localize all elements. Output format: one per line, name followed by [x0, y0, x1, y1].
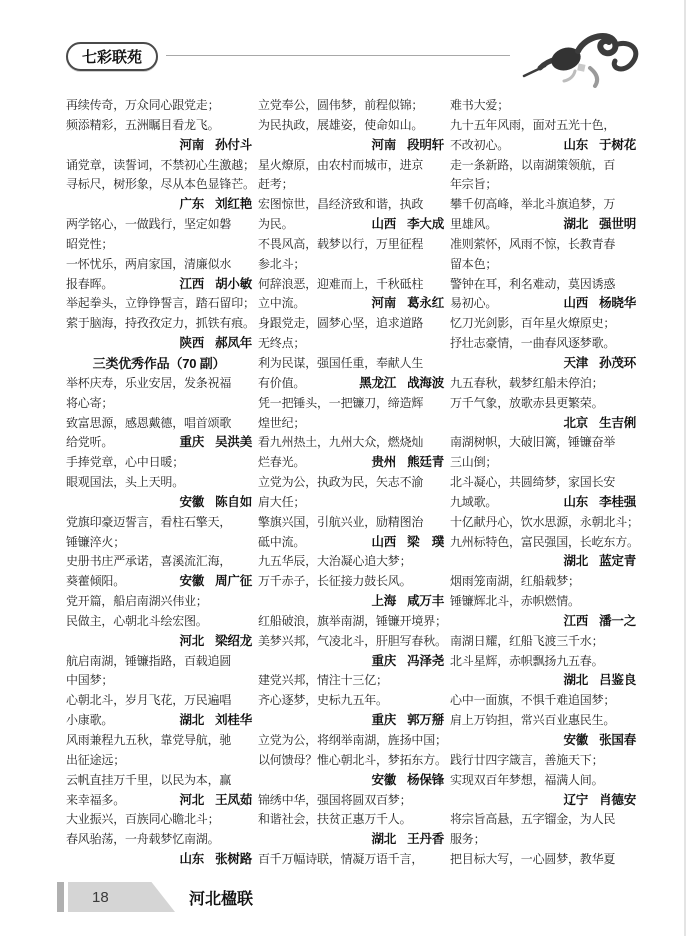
attribution-place: 河北: [179, 793, 204, 807]
attribution-name: 生吉俐: [599, 416, 636, 430]
couplet-line: 春风骀荡，一舟载梦忆南湖。: [66, 830, 252, 850]
couplet-line: 锤镰辉北斗，赤帜燃情。: [450, 592, 636, 612]
couplet-line: 九十五年风雨，面对五光十色，: [450, 116, 636, 136]
attribution: 安徽陈自如: [179, 495, 252, 509]
attribution-place: 江西: [179, 277, 204, 291]
page-number-badge: 18: [68, 882, 175, 912]
couplet-text: 为民。: [258, 215, 293, 235]
couplet-line: 为民执政，展雄姿，使命如山。: [258, 116, 444, 136]
couplet-line: 抒壮志豪情，一曲春风逐梦歌。: [450, 334, 636, 354]
attribution-place: 河南: [179, 138, 204, 152]
couplet-line: 攀千仞高峰，举北斗旗追梦，万: [450, 195, 636, 215]
attribution-name: 李桂强: [599, 495, 636, 509]
attribution-place: 湖北: [563, 554, 588, 568]
couplet-line-with-attribution: 来幸福多。河北王凤茹: [66, 791, 252, 811]
couplet-line: 凭一把锤头，一把镰刀，缔造辉: [258, 394, 444, 414]
couplet-line-with-attribution: 烂春光。贵州熊廷青: [258, 453, 444, 473]
attribution-name: 李大成: [407, 217, 444, 231]
attribution: 北京生吉俐: [563, 416, 636, 430]
attribution: 安徽张国春: [563, 733, 636, 747]
attribution-line: 安徽陈自如: [66, 493, 252, 513]
attribution-place: 山西: [563, 296, 588, 310]
attribution-line: 安徽杨保锋: [258, 771, 444, 791]
attribution-place: 山西: [371, 217, 396, 231]
couplet-line: 南湖树帜，大破旧篱，锤镰奋举: [450, 433, 636, 453]
page-edge-line: [684, 0, 686, 936]
attribution-place: 湖北: [371, 832, 396, 846]
attribution-place: 上海: [371, 594, 396, 608]
footer-edge-bar: [57, 882, 64, 912]
attribution-place: 辽宁: [563, 793, 588, 807]
attribution: 河南段明轩: [371, 138, 444, 152]
couplet-line: 利为民谋，强国任重，奉献人生: [258, 354, 444, 374]
attribution: 广东刘红艳: [179, 197, 252, 211]
attribution: 山西梁 璞: [371, 533, 444, 553]
couplet-line: 践行廿四字箴言，善施天下；: [450, 751, 636, 771]
attribution: 山西杨晓华: [563, 294, 636, 314]
attribution: 江西潘一之: [563, 614, 636, 628]
couplet-line: 中国梦；: [66, 671, 252, 691]
couplet-line: 举杯庆寿，乐业安居，发条祝福: [66, 374, 252, 394]
attribution-place: 山东: [563, 138, 588, 152]
attribution-place: 河南: [371, 138, 396, 152]
couplet-line: 立党奉公，圆伟梦，前程似锦；: [258, 96, 444, 116]
attribution: 山东张树路: [179, 852, 252, 866]
attribution-line: 河南段明轩: [258, 136, 444, 156]
couplet-text: 给党听。: [66, 433, 113, 453]
couplet-line: 将宗旨高悬，五字镏金，为人民: [450, 810, 636, 830]
attribution-place: 安徽: [563, 733, 588, 747]
couplet-line: 三山倒；: [450, 453, 636, 473]
attribution-name: 肖德安: [599, 793, 636, 807]
couplet-line: 九五华辰，大治凝心追大梦；: [258, 552, 444, 572]
journal-title: 河北楹联: [189, 886, 253, 909]
couplet-line: 民做主，心朝北斗绘宏图。: [66, 612, 252, 632]
attribution-place: 天津: [563, 356, 588, 370]
couplet-line: 频添精彩，五洲瞩目看龙飞。: [66, 116, 252, 136]
attribution-line: 河北梁绍龙: [66, 632, 252, 652]
couplet-line: 九州标特色，富民强国，长屹东方。: [450, 533, 636, 553]
attribution-place: 广东: [179, 197, 204, 211]
calligraphy-ornament-icon: [518, 30, 646, 88]
section-badge: 七彩联苑: [66, 42, 158, 71]
couplet-line: 万千气象，放歌赤县更繁荣。: [450, 394, 636, 414]
couplet-line: 煌世纪；: [258, 414, 444, 434]
attribution-place: 湖北: [563, 673, 588, 687]
couplet-line: 实现双百年梦想，福满人间。: [450, 771, 636, 791]
attribution-name: 冯泽尧: [407, 654, 444, 668]
couplet-line: 把目标大写，一心圆梦，教华夏: [450, 850, 636, 870]
couplet-line: 参北斗；: [258, 255, 444, 275]
attribution-place: 黑龙江: [359, 376, 396, 390]
couplet-line: 百千万幅诗联，情凝万语千言，: [258, 850, 444, 870]
couplet-line: 寻标尺，树形象，尽从本色显锋芒。: [66, 175, 252, 195]
couplet-line-with-attribution: 九域歌。山东李桂强: [450, 493, 636, 513]
attribution: 河南葛永红: [371, 294, 444, 314]
attribution-name: 梁绍龙: [215, 634, 252, 648]
couplet-line: 南湖日耀，红船飞渡三千水；: [450, 632, 636, 652]
attribution-name: 杨保锋: [407, 773, 444, 787]
page-number: 18: [92, 889, 109, 906]
couplet-line: 史册书庄严承诺，喜溪流汇海，: [66, 552, 252, 572]
attribution-line: 山东张树路: [66, 850, 252, 870]
couplet-line: 锦绣中华，强国将圆双百梦；: [258, 791, 444, 811]
couplet-line: 肩上万钧担，常兴百业惠民生。: [450, 711, 636, 731]
attribution-place: 陕西: [179, 336, 204, 350]
attribution: 湖北王丹香: [371, 832, 444, 846]
attribution: 贵州熊廷青: [371, 453, 444, 473]
magazine-page: 七彩联苑 再续传奇，万众同心跟党走；频添精彩，五洲瞩目看龙飞。河南孙付斗诵党章，…: [0, 0, 690, 936]
couplet-line-with-attribution: 易初心。山西杨晓华: [450, 294, 636, 314]
couplet-line: 和谐社会，扶贫正惠万千人。: [258, 810, 444, 830]
couplet-line-with-attribution: 不改初心。山东于树花: [450, 136, 636, 156]
attribution: 陕西郝凤年: [179, 336, 252, 350]
couplet-line: 烟雨笼南湖，红船载梦；: [450, 572, 636, 592]
couplet-line: 一怀忧乐，两肩家国，清廉似水: [66, 255, 252, 275]
attribution-place: 重庆: [179, 435, 204, 449]
attribution-place: 重庆: [371, 654, 396, 668]
couplet-line: 走一条新路，以南湖策领航，百: [450, 156, 636, 176]
attribution-line: 陕西郝凤年: [66, 334, 252, 354]
couplet-line: 昭党性；: [66, 235, 252, 255]
couplet-text: 里雄风。: [450, 215, 497, 235]
couplet-line: 何辞浪恶，迎难而上，千秋砥柱: [258, 275, 444, 295]
attribution: 安徽周广征: [179, 572, 252, 592]
attribution: 湖北强世明: [563, 215, 636, 235]
couplet-line: 齐心逐梦，史标九五年。: [258, 691, 444, 711]
attribution: 辽宁肖德安: [563, 793, 636, 807]
attribution-name: 吴洪美: [215, 435, 252, 449]
attribution-line: 湖北王丹香: [258, 830, 444, 850]
couplet-text: 来幸福多。: [66, 791, 125, 811]
attribution-place: 贵州: [371, 455, 396, 469]
section-heading: 三类优秀作品（70 副）: [66, 354, 252, 374]
couplet-line: 不畏风高，载梦以行，万里征程: [258, 235, 444, 255]
section-badge-label: 七彩联苑: [82, 49, 142, 66]
couplet-line: 将心寄；: [66, 394, 252, 414]
couplet-line: 十亿献丹心，饮水思源，永朝北斗；: [450, 513, 636, 533]
attribution: 河北梁绍龙: [179, 634, 252, 648]
couplet-line: 难书大爱；: [450, 96, 636, 116]
attribution-name: 郭万掰: [407, 713, 444, 727]
attribution-place: 安徽: [179, 495, 204, 509]
couplet-line: 手捧党章，心中日暖；: [66, 453, 252, 473]
attribution-name: 葛永红: [407, 296, 444, 310]
attribution: 山西李大成: [371, 215, 444, 235]
couplet-line: 星火燎原，由农村而城市，进京: [258, 156, 444, 176]
couplet-line: 心中一面旗，不惧千难追国梦；: [450, 691, 636, 711]
attribution-name: 潘一之: [599, 614, 636, 628]
couplet-line: 宏图惊世，昌经济致和谐，执政: [258, 195, 444, 215]
attribution-name: 蓝定青: [599, 554, 636, 568]
attribution: 湖北蓝定青: [563, 554, 636, 568]
couplet-line: 无终点；: [258, 334, 444, 354]
attribution-place: 山西: [371, 535, 396, 549]
attribution-name: 刘红艳: [215, 197, 252, 211]
attribution-name: 强世明: [599, 217, 636, 231]
couplet-line: 九五春秋，载梦红船未停泊；: [450, 374, 636, 394]
couplet-line: 萦于脑海，持孜孜定力，抓铁有痕。: [66, 314, 252, 334]
couplet-line: 举起拳头，立铮铮誓言，踏石留印；: [66, 294, 252, 314]
couplet-line: 出征途远；: [66, 751, 252, 771]
couplet-line: 立党为公，执政为民，矢志不渝: [258, 473, 444, 493]
attribution-name: 周广征: [215, 574, 252, 588]
attribution-line: 广东刘红艳: [66, 195, 252, 215]
attribution-line: 重庆郭万掰: [258, 711, 444, 731]
attribution-name: 杨晓华: [599, 296, 636, 310]
couplet-line: 云帆直挂万千里，以民为本，赢: [66, 771, 252, 791]
attribution-line: 湖北蓝定青: [450, 552, 636, 572]
page-footer: 18 河北楹联: [57, 882, 253, 912]
attribution-place: 江西: [563, 614, 588, 628]
attribution-name: 胡小敏: [215, 277, 252, 291]
couplet-line: 风雨兼程九五秋，靠党导航，驰: [66, 731, 252, 751]
attribution-line: 安徽张国春: [450, 731, 636, 751]
couplet-line: 身跟党走，圆梦心坚，追求道路: [258, 314, 444, 334]
header-rule: [166, 55, 510, 56]
couplet-line-with-attribution: 砥中流。山西梁 璞: [258, 533, 444, 553]
couplet-text: 有价值。: [258, 374, 305, 394]
couplet-line: 美梦兴邦，气凌北斗，肝胆写春秋。: [258, 632, 444, 652]
attribution-place: 河北: [179, 634, 204, 648]
attribution-name: 段明轩: [407, 138, 444, 152]
attribution-name: 刘桂华: [215, 713, 252, 727]
attribution-name: 陈自如: [215, 495, 252, 509]
attribution-name: 张树路: [215, 852, 252, 866]
couplet-line: 万千赤子，长征接力鼓长风。: [258, 572, 444, 592]
attribution-place: 河南: [371, 296, 396, 310]
couplet-text: 砥中流。: [258, 533, 305, 553]
attribution-name: 战海波: [407, 376, 444, 390]
couplet-text: 易初心。: [450, 294, 497, 314]
couplet-line: 留本色；: [450, 255, 636, 275]
couplet-line: 航启南湖，锤镰指路，百载追圆: [66, 652, 252, 672]
attribution: 重庆冯泽尧: [371, 654, 444, 668]
attribution: 天津孙茂环: [563, 356, 636, 370]
couplet-line: 北斗星辉，赤帜飘扬九五春。: [450, 652, 636, 672]
couplet-text: 报春晖。: [66, 275, 113, 295]
page-header: 七彩联苑: [66, 36, 646, 92]
couplet-line-with-attribution: 里雄风。湖北强世明: [450, 215, 636, 235]
couplet-line: 眼观国法，头上天明。: [66, 473, 252, 493]
attribution: 江西胡小敏: [179, 275, 252, 295]
couplet-text: 小康歌。: [66, 711, 113, 731]
attribution-name: 郝凤年: [215, 336, 252, 350]
attribution-place: 安徽: [179, 574, 204, 588]
attribution-place: 北京: [563, 416, 588, 430]
couplet-line-with-attribution: 立中流。河南葛永红: [258, 294, 444, 314]
couplet-line: 两学铭心，一做践行，坚定如磐: [66, 215, 252, 235]
attribution: 湖北吕鉴良: [563, 673, 636, 687]
couplet-text: 葵藿倾阳。: [66, 572, 125, 592]
attribution-place: 安徽: [371, 773, 396, 787]
text-column-1: 再续传奇，万众同心跟党走；频添精彩，五洲瞩目看龙飞。河南孙付斗诵党章，读誓词，不…: [66, 96, 252, 870]
attribution-line: 上海咸万丰: [258, 592, 444, 612]
text-column-2: 立党奉公，圆伟梦，前程似锦；为民执政，展雄姿，使命如山。河南段明轩星火燎原，由农…: [258, 96, 444, 870]
attribution-line: 湖北吕鉴良: [450, 671, 636, 691]
couplet-line: 致富思源，感恩戴德，唱首颂歌: [66, 414, 252, 434]
attribution-name: 梁 璞: [407, 535, 444, 549]
attribution: 湖北刘桂华: [179, 711, 252, 731]
attribution-name: 咸万丰: [407, 594, 444, 608]
couplet-line: 年宗旨；: [450, 175, 636, 195]
couplet-line: 警钟在耳，利名难动，莫因诱惑: [450, 275, 636, 295]
couplet-line: 大业振兴，百族同心瞻北斗；: [66, 810, 252, 830]
attribution: 安徽杨保锋: [371, 773, 444, 787]
content-columns: 再续传奇，万众同心跟党走；频添精彩，五洲瞩目看龙飞。河南孙付斗诵党章，读誓词，不…: [66, 96, 636, 870]
attribution-line: 河南孙付斗: [66, 136, 252, 156]
couplet-line-with-attribution: 给党听。重庆吴洪美: [66, 433, 252, 453]
couplet-line: 准则萦怀，风雨不惊，长教青春: [450, 235, 636, 255]
couplet-line: 党旗印豪迈誓言，看柱石擎天，: [66, 513, 252, 533]
couplet-line: 心朝北斗，岁月飞花，万民遍唱: [66, 691, 252, 711]
couplet-line-with-attribution: 葵藿倾阳。安徽周广征: [66, 572, 252, 592]
couplet-line: 服务；: [450, 830, 636, 850]
couplet-line: 诵党章，读誓词，不禁初心生激越；: [66, 156, 252, 176]
couplet-line: 肩大任；: [258, 493, 444, 513]
text-column-3: 难书大爱；九十五年风雨，面对五光十色，不改初心。山东于树花走一条新路，以南湖策领…: [450, 96, 636, 870]
couplet-text: 不改初心。: [450, 136, 509, 156]
attribution: 黑龙江战海波: [359, 374, 444, 394]
attribution: 重庆郭万掰: [371, 713, 444, 727]
couplet-text: 立中流。: [258, 294, 305, 314]
attribution-place: 山东: [179, 852, 204, 866]
attribution-place: 湖北: [179, 713, 204, 727]
attribution-place: 重庆: [371, 713, 396, 727]
couplet-line-with-attribution: 为民。山西李大成: [258, 215, 444, 235]
couplet-line: 立党为公，将纲举南湖，旌扬中国；: [258, 731, 444, 751]
attribution-line: 江西潘一之: [450, 612, 636, 632]
couplet-line-with-attribution: 报春晖。江西胡小敏: [66, 275, 252, 295]
couplet-line: 赶考；: [258, 175, 444, 195]
couplet-line: 看九州热土，九州大众，燃烧灿: [258, 433, 444, 453]
attribution-name: 王凤茹: [215, 793, 252, 807]
attribution: 河北王凤茹: [179, 791, 252, 811]
couplet-line: 忆刀光剑影，百年星火燎原史；: [450, 314, 636, 334]
attribution-place: 山东: [563, 495, 588, 509]
attribution-name: 吕鉴良: [599, 673, 636, 687]
attribution: 河南孙付斗: [179, 138, 252, 152]
attribution: 上海咸万丰: [371, 594, 444, 608]
attribution-name: 熊廷青: [407, 455, 444, 469]
attribution-name: 于树花: [599, 138, 636, 152]
attribution-line: 北京生吉俐: [450, 414, 636, 434]
attribution-name: 孙付斗: [215, 138, 252, 152]
couplet-line: 红船破浪，旗举南湖，锤镰开境界；: [258, 612, 444, 632]
couplet-line-with-attribution: 有价值。黑龙江战海波: [258, 374, 444, 394]
couplet-line: 擎旗兴国，引航兴业，励精图治: [258, 513, 444, 533]
attribution: 重庆吴洪美: [179, 433, 252, 453]
couplet-line: 以何馈母？惟心朝北斗，梦拓东方。: [258, 751, 444, 771]
couplet-line: 北斗凝心，共圆绮梦，家国长安: [450, 473, 636, 493]
couplet-line: 建党兴邦，情注十三亿；: [258, 671, 444, 691]
couplet-text: 九域歌。: [450, 493, 497, 513]
couplet-line: 党开篇，船启南湖兴伟业；: [66, 592, 252, 612]
couplet-text: 烂春光。: [258, 453, 305, 473]
attribution: 山东于树花: [563, 136, 636, 156]
couplet-line: 再续传奇，万众同心跟党走；: [66, 96, 252, 116]
attribution-name: 张国春: [599, 733, 636, 747]
couplet-line-with-attribution: 小康歌。湖北刘桂华: [66, 711, 252, 731]
attribution-line: 天津孙茂环: [450, 354, 636, 374]
attribution: 山东李桂强: [563, 493, 636, 513]
attribution-place: 湖北: [563, 217, 588, 231]
attribution-name: 孙茂环: [599, 356, 636, 370]
attribution-line: 重庆冯泽尧: [258, 652, 444, 672]
attribution-line: 辽宁肖德安: [450, 791, 636, 811]
couplet-line: 锤镰淬火；: [66, 533, 252, 553]
attribution-name: 王丹香: [407, 832, 444, 846]
